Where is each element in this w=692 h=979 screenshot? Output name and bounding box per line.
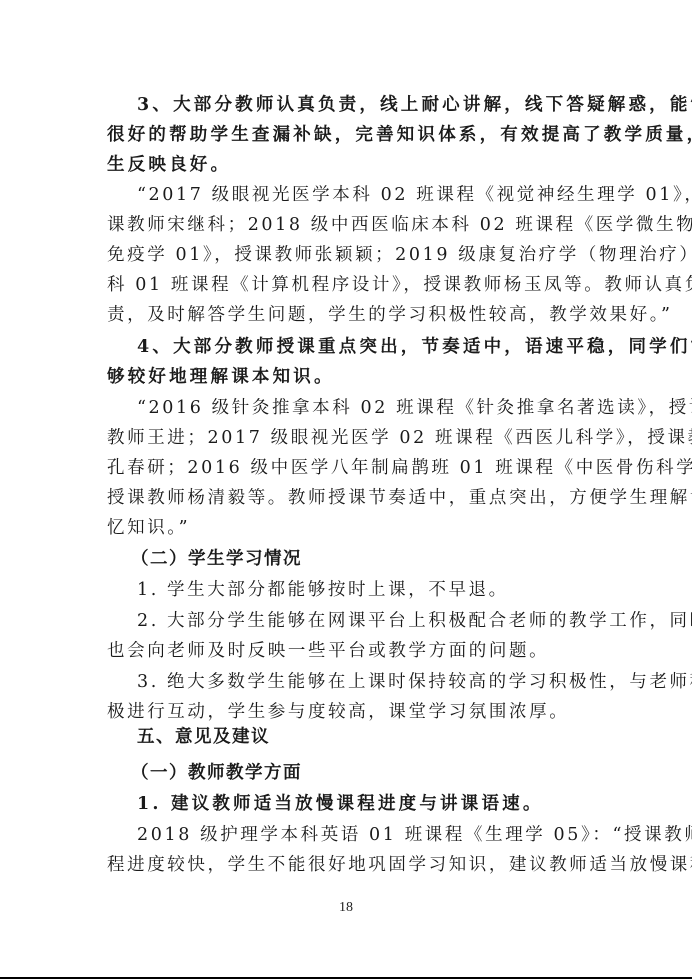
point-3-heading-line-2: 很好的帮助学生查漏补缺，完善知识体系，有效提高了教学质量，学 <box>107 120 589 150</box>
point-4-quote-line-3: 孔春研；2016 级中医学八年制扁鹊班 01 班课程《中医骨伤科学》， <box>107 453 589 483</box>
point-4-quote-line-4: 授课教师杨清毅等。教师授课节奏适中，重点突出，方便学生理解记 <box>107 483 589 513</box>
subsection-heading-teacher-teaching: （一）教师教学方面 <box>131 758 613 788</box>
student-point-1: 1. 学生大部分都能够按时上课，不早退。 <box>137 575 589 605</box>
point-3-quote-line-3: 免疫学 01》，授课教师张颖颖；2019 级康复治疗学（物理治疗）本 <box>107 240 589 270</box>
section-heading-student-learning: （二）学生学习情况 <box>131 544 613 574</box>
student-point-2-line-1: 2. 大部分学生能够在网课平台上积极配合老师的教学工作，同时 <box>137 606 589 636</box>
student-point-2-line-2: 也会向老师及时反映一些平台或教学方面的问题。 <box>107 636 589 666</box>
point-4-quote-line-1: “2016 级针灸推拿本科 02 班课程《针灸推拿名著选读》，授课 <box>137 393 589 423</box>
point-3-quote-line-5: 责，及时解答学生问题，学生的学习积极性较高，教学效果好。” <box>107 300 589 330</box>
point-3-quote-line-2: 课教师宋继科；2018 级中西医临床本科 02 班课程《医学微生物学与 <box>107 210 589 240</box>
point-4-quote-line-2: 教师王进；2017 级眼视光医学 02 班课程《西医儿科学》，授课教师 <box>107 423 589 453</box>
point-4-heading-line-2: 够较好地理解课本知识。 <box>107 362 589 392</box>
point-3-quote-line-1: “2017 级眼视光医学本科 02 班课程《视觉神经生理学 01》，授 <box>137 180 589 210</box>
document-page: 3、大部分教师认真负责，线上耐心讲解，线下答疑解惑，能够 很好的帮助学生查漏补缺… <box>0 0 692 977</box>
suggestion-1-heading: 1. 建议教师适当放慢课程进度与讲课语速。 <box>137 789 589 819</box>
point-4-quote-line-5: 忆知识。” <box>107 513 589 543</box>
student-point-3-line-1: 3. 绝大多数学生能够在上课时保持较高的学习积极性，与老师积 <box>137 667 589 697</box>
point-3-quote-line-4: 科 01 班课程《计算机程序设计》，授课教师杨玉凤等。教师认真负 <box>107 270 589 300</box>
point-4-heading-line-1: 4、大部分教师授课重点突出，节奏适中，语速平稳，同学们能 <box>137 332 589 362</box>
point-3-heading-line-3: 生反映良好。 <box>107 150 589 180</box>
suggestion-1-body-line-1: 2018 级护理学本科英语 01 班课程《生理学 05》：“授课教师课 <box>137 820 589 850</box>
suggestion-1-body-line-2: 程进度较快，学生不能很好地巩固学习知识，建议教师适当放慢课程 <box>107 850 589 880</box>
section-heading-suggestions: 五、意见及建议 <box>137 722 619 752</box>
point-3-heading-line-1: 3、大部分教师认真负责，线上耐心讲解，线下答疑解惑，能够 <box>137 90 589 120</box>
page-number: 18 <box>0 900 692 916</box>
